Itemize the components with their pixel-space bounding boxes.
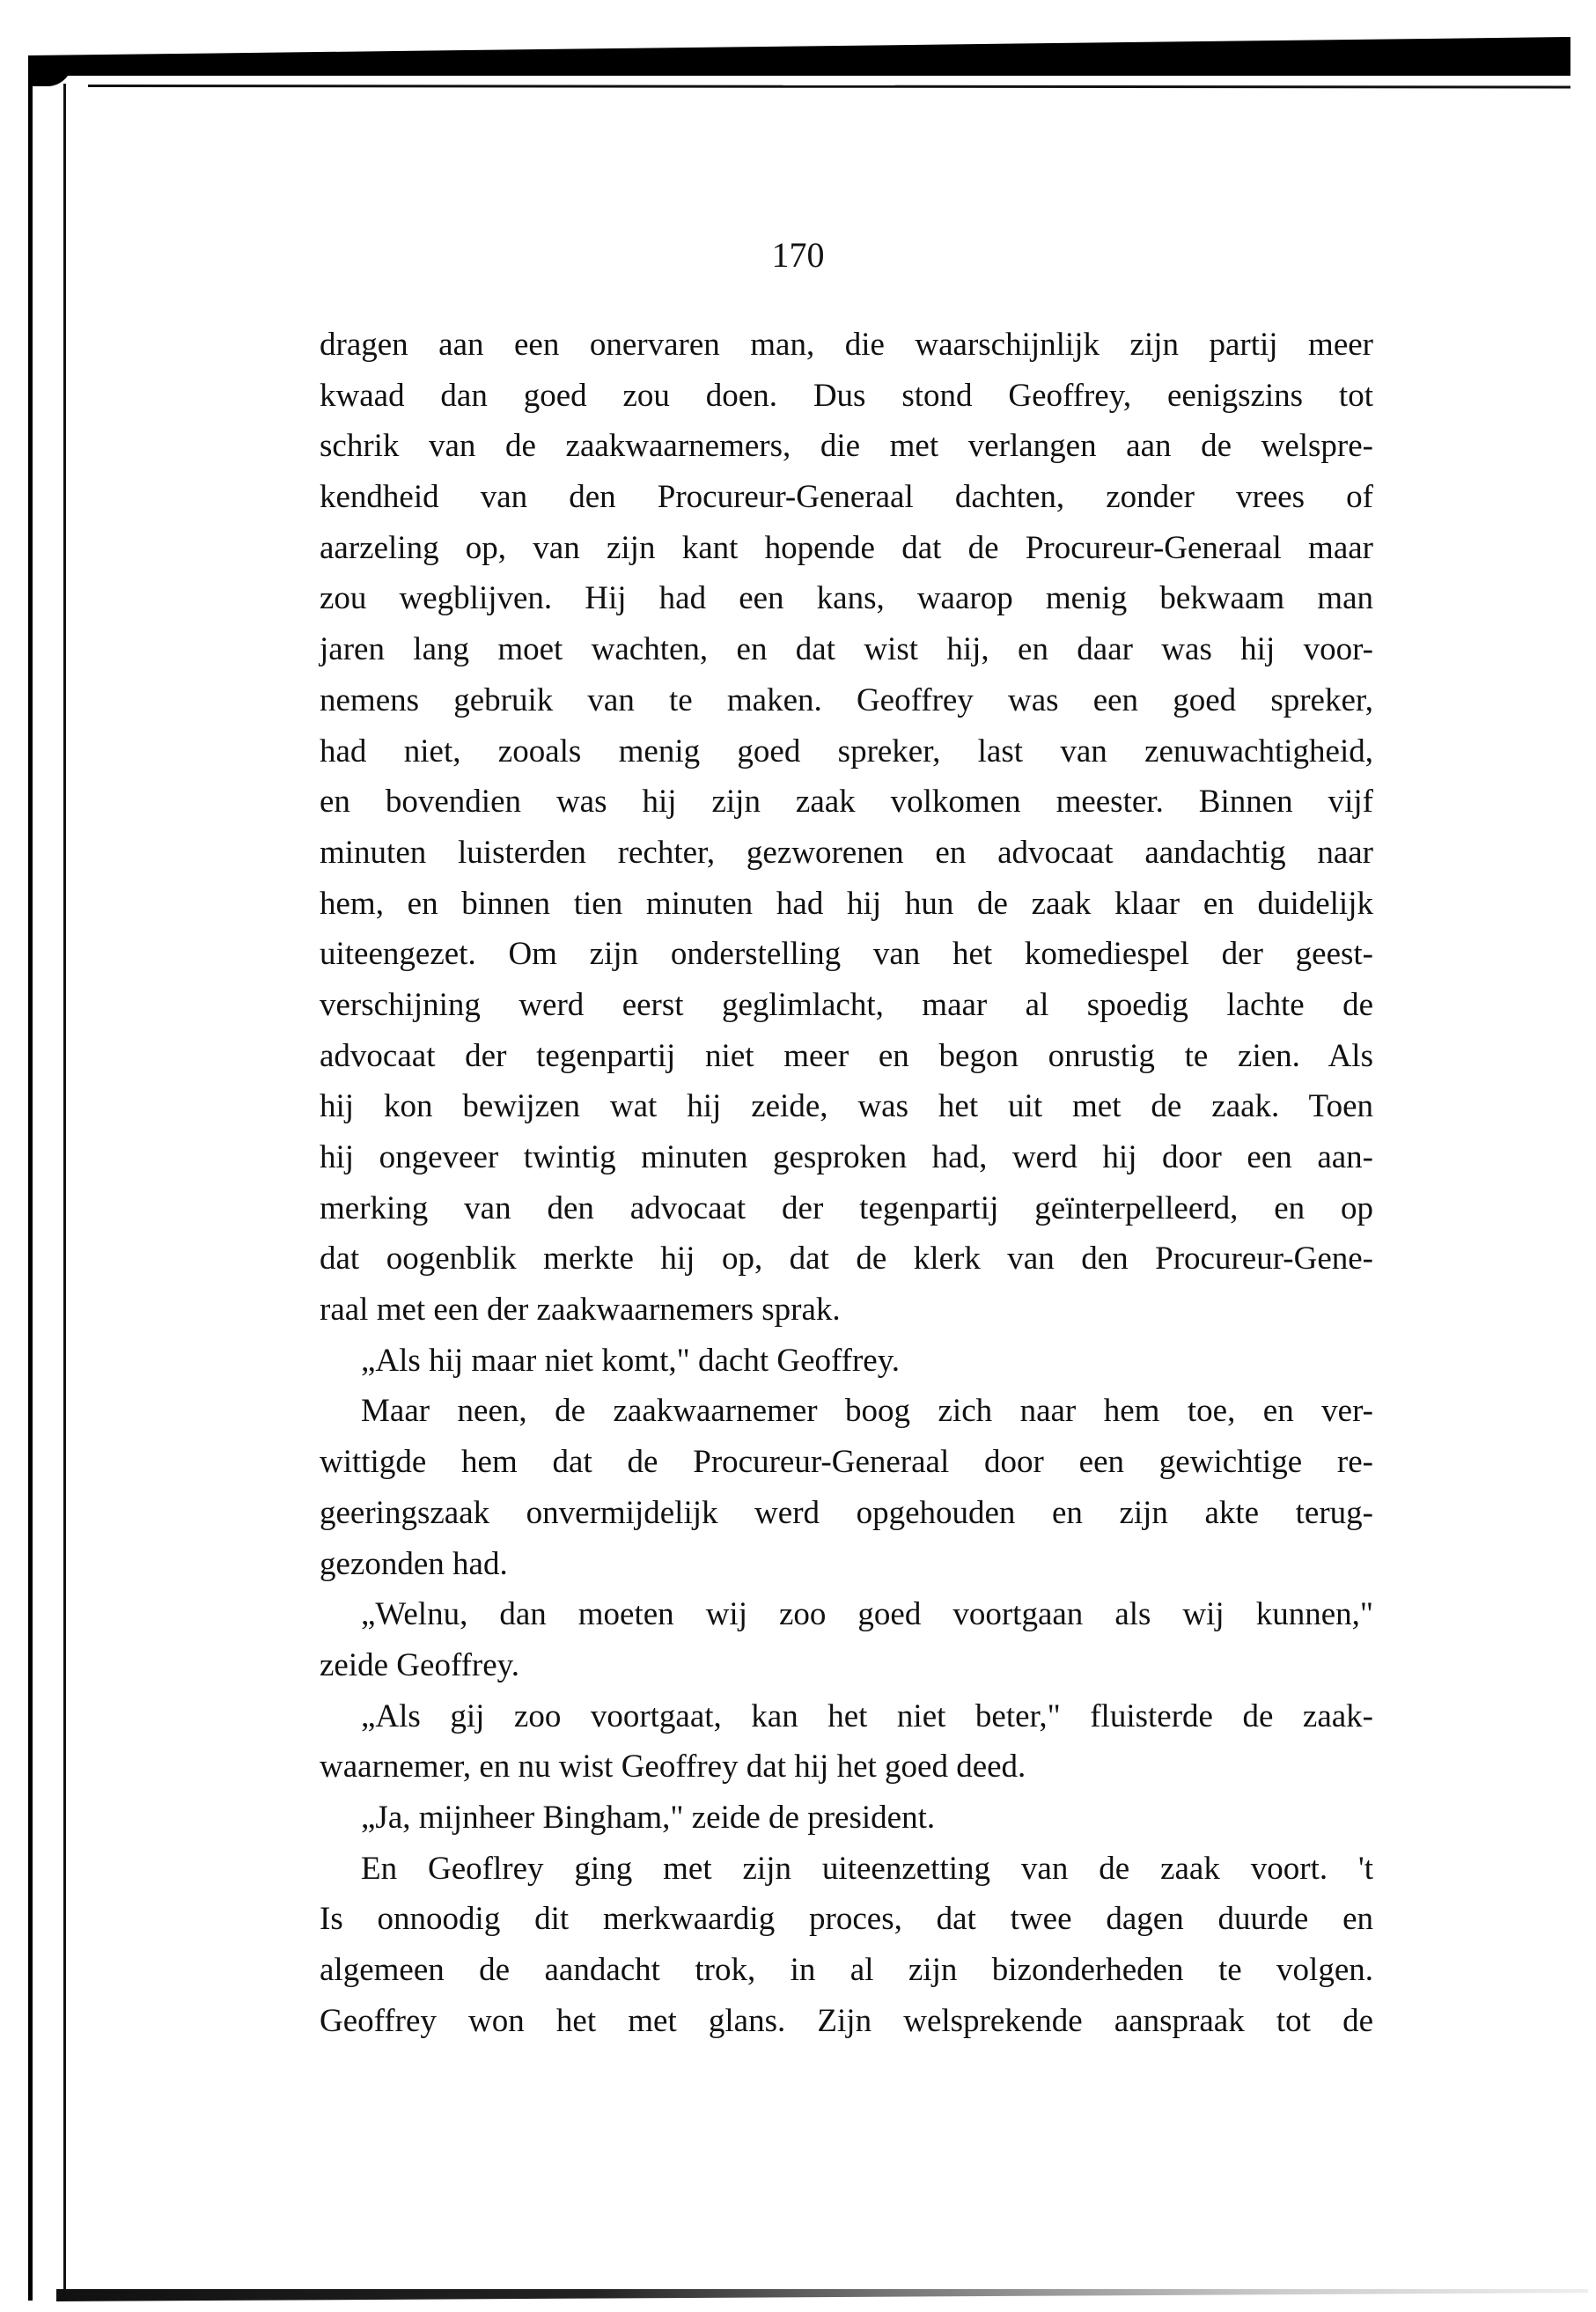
text-line: Is onnoodig dit merkwaardig proces, dat … [320,1894,1373,1945]
text-line: Maar neen, de zaakwaarnemer boog zich na… [320,1386,1373,1437]
text-line: „Als hij maar niet komt," dacht Geoffrey… [320,1336,1373,1387]
text-line: minuten luisterden rechter, gezworenen e… [320,828,1373,879]
scan-left-border [28,55,33,2301]
text-line: jaren lang moet wachten, en dat wist hij… [320,624,1373,675]
text-line: wittigde hem dat de Procureur-Generaal d… [320,1437,1373,1488]
paragraph: Maar neen, de zaakwaarnemer boog zich na… [320,1386,1373,1589]
text-line: advocaat der tegenpartij niet meer en be… [320,1031,1373,1082]
scan-top-border [28,37,1570,76]
text-line: hij kon bewijzen wat hij zeide, was het … [320,1081,1373,1132]
text-line: gezonden had. [320,1539,1373,1590]
body-text: dragen aan een onervaren man, die waarsc… [320,320,1373,2046]
text-line: dat oogenblik merkte hij op, dat de kler… [320,1233,1373,1285]
paragraph: „Als hij maar niet komt," dacht Geoffrey… [320,1336,1373,1387]
text-line: kendheid van den Procureur-Generaal dach… [320,472,1373,523]
page-number: 170 [0,234,1596,276]
text-line: hem, en binnen tien minuten had hij hun … [320,879,1373,930]
text-line: kwaad dan goed zou doen. Dus stond Geoff… [320,371,1373,422]
text-line: „Als gij zoo voortgaat, kan het niet bet… [320,1691,1373,1742]
text-line: algemeen de aandacht trok, in al zijn bi… [320,1945,1373,1996]
paragraph: En Geoflrey ging met zijn uiteenzetting … [320,1844,1373,2047]
text-line: „Ja, mijnheer Bingham," zeide de preside… [320,1793,1373,1844]
scan-bottom-border [56,2289,1588,2301]
paragraph: „Ja, mijnheer Bingham," zeide de preside… [320,1793,1373,1844]
text-line: merking van den advocaat der tegenpartij… [320,1183,1373,1234]
text-line: schrik van de zaakwaarnemers, die met ve… [320,421,1373,472]
text-line: geeringszaak onvermijdelijk werd opgehou… [320,1488,1373,1539]
text-line: waarnemer, en nu wist Geoffrey dat hij h… [320,1741,1373,1793]
paragraph: „Als gij zoo voortgaat, kan het niet bet… [320,1691,1373,1793]
paragraph: dragen aan een onervaren man, die waarsc… [320,320,1373,1336]
scan-left-rule [63,84,66,2294]
text-line: raal met een der zaakwaarnemers sprak. [320,1285,1373,1336]
text-line: hij ongeveer twintig minuten gesproken h… [320,1132,1373,1183]
text-line: verschijning werd eerst geglimlacht, maa… [320,980,1373,1031]
text-line: uiteengezet. Om zijn onderstelling van h… [320,929,1373,980]
text-line: Geoffrey won het met glans. Zijn welspre… [320,1996,1373,2047]
text-line: nemens gebruik van te maken. Geoffrey wa… [320,675,1373,726]
text-line: „Welnu, dan moeten wij zoo goed voortgaa… [320,1589,1373,1640]
text-line: aarzeling op, van zijn kant hopende dat … [320,523,1373,574]
text-line: dragen aan een onervaren man, die waarsc… [320,320,1373,371]
scan-top-rule [88,85,1570,88]
text-line: had niet, zooals menig goed spreker, las… [320,726,1373,777]
text-line: en bovendien was hij zijn zaak volkomen … [320,777,1373,828]
text-line: En Geoflrey ging met zijn uiteenzetting … [320,1844,1373,1895]
text-line: zeide Geoffrey. [320,1640,1373,1691]
scan-corner-shadow [28,55,72,86]
paragraph: „Welnu, dan moeten wij zoo goed voortgaa… [320,1589,1373,1690]
text-line: zou wegblijven. Hij had een kans, waarop… [320,573,1373,624]
